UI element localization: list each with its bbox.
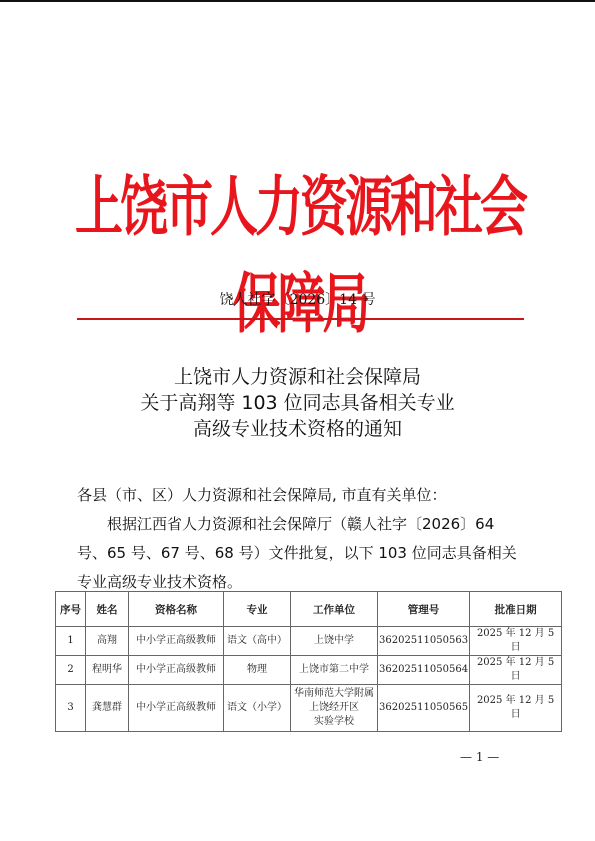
cell-qualification: 中小学正高级教师 (129, 627, 224, 656)
cell-major: 语文（小学） (224, 685, 291, 732)
cell-seq: 2 (56, 656, 86, 685)
cell-management-no: 36202511050563 (378, 627, 470, 656)
cell-seq: 3 (56, 685, 86, 732)
table-row: 2 程明华 中小学正高级教师 物理 上饶市第二中学 36202511050564… (56, 656, 562, 685)
document-number: 饶人社字〔2026〕14 号 (0, 291, 595, 309)
top-border-line (0, 0, 595, 2)
red-divider-line (77, 318, 524, 320)
header-qualification: 资格名称 (129, 592, 224, 627)
page-number: — 1 — (460, 750, 499, 764)
table-header-row: 序号 姓名 资格名称 专业 工作单位 管理号 批准日期 (56, 592, 562, 627)
cell-work-unit: 华南师范大学附属 上饶经开区 实验学校 (291, 685, 378, 732)
cell-approval-date: 2025 年 12 月 5 日 (470, 627, 562, 656)
issuing-organization-title: 上饶市人力资源和社会保障局 (60, 159, 540, 353)
cell-seq: 1 (56, 627, 86, 656)
header-major: 专业 (224, 592, 291, 627)
cell-work-unit: 上饶中学 (291, 627, 378, 656)
cell-management-no: 36202511050564 (378, 656, 470, 685)
cell-management-no: 36202511050565 (378, 685, 470, 732)
cell-major: 物理 (224, 656, 291, 685)
cell-name: 龚慧群 (86, 685, 129, 732)
table-row: 1 高翔 中小学正高级教师 语文（高中） 上饶中学 36202511050563… (56, 627, 562, 656)
header-approval-date: 批准日期 (470, 592, 562, 627)
header-name: 姓名 (86, 592, 129, 627)
cell-qualification: 中小学正高级教师 (129, 656, 224, 685)
cell-name: 高翔 (86, 627, 129, 656)
notice-body: 各县（市、区）人力资源和社会保障局, 市直有关单位： 根据江西省人力资源和社会保… (77, 481, 527, 597)
header-management-no: 管理号 (378, 592, 470, 627)
header-work-unit: 工作单位 (291, 592, 378, 627)
cell-approval-date: 2025 年 12 月 5 日 (470, 685, 562, 732)
notice-title-line-3: 高级专业技术资格的通知 (0, 416, 595, 442)
salutation: 各县（市、区）人力资源和社会保障局, 市直有关单位： (77, 481, 527, 510)
notice-title-line-2: 关于高翔等 103 位同志具备相关专业 (0, 390, 595, 416)
notice-title: 上饶市人力资源和社会保障局 关于高翔等 103 位同志具备相关专业 高级专业技术… (0, 364, 595, 442)
header-seq: 序号 (56, 592, 86, 627)
cell-qualification: 中小学正高级教师 (129, 685, 224, 732)
body-paragraph: 根据江西省人力资源和社会保障厅（赣人社字〔2026〕64 号、65 号、67 号… (77, 510, 527, 597)
qualification-roster-table: 序号 姓名 资格名称 专业 工作单位 管理号 批准日期 1 高翔 中小学正高级教… (55, 591, 562, 732)
cell-approval-date: 2025 年 12 月 5 日 (470, 656, 562, 685)
cell-work-unit: 上饶市第二中学 (291, 656, 378, 685)
table-row: 3 龚慧群 中小学正高级教师 语文（小学） 华南师范大学附属 上饶经开区 实验学… (56, 685, 562, 732)
notice-title-line-1: 上饶市人力资源和社会保障局 (0, 364, 595, 390)
cell-name: 程明华 (86, 656, 129, 685)
cell-major: 语文（高中） (224, 627, 291, 656)
